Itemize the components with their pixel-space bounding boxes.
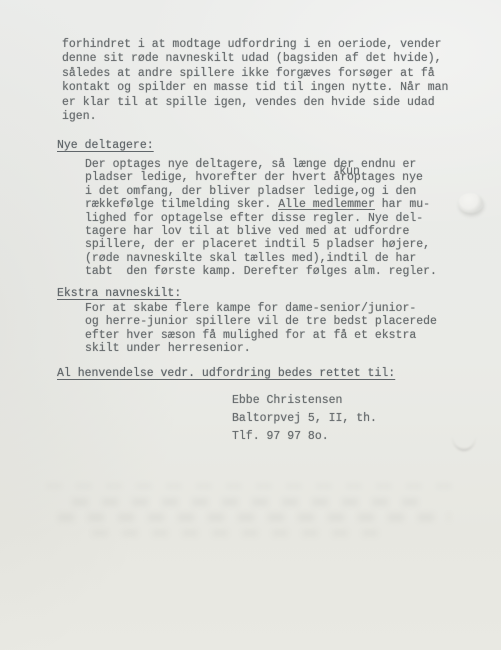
- text-line: spillere, der er placeret indtil 5 plads…: [85, 238, 437, 251]
- paper-droplet-mark-upper: [458, 193, 483, 213]
- text-line: rækkefølge tilmelding sker. Alle medlemm…: [85, 198, 437, 211]
- text-line: således at andre spillere ikke forgæves …: [62, 67, 448, 81]
- typed-insertion: kun: [339, 165, 360, 178]
- contact-block: Ebbe Christensen Baltorpvej 5, II, th. T…: [232, 392, 377, 447]
- paper-droplet-mark-lower: [452, 436, 476, 451]
- text-line: denne sit røde navneskilt udad (bagsiden…: [62, 52, 448, 66]
- bleedthrough-smudge: [72, 498, 432, 506]
- text-line: For at skabe flere kampe for dame-senior…: [85, 302, 437, 315]
- contact-address: Baltorpvej 5, II, th.: [232, 410, 377, 428]
- text-line: tabt den første kamp. Derefter følges al…: [85, 265, 437, 278]
- text-line: skilt under herresenior.: [85, 342, 437, 355]
- paragraph-extra-nameplate: For at skabe flere kampe for dame-senior…: [85, 302, 437, 356]
- section-heading-contact: Al henvendelse vedr. udfordring bedes re…: [57, 367, 395, 380]
- text-line: lighed for optagelse efter disse regler.…: [85, 212, 437, 225]
- paragraph-new-participants: Der optages nye deltagere, så længe der …: [85, 158, 437, 279]
- section-heading-new-participants: Nye deltagere:: [57, 139, 154, 152]
- text-line: og herre-junior spillere vil de tre beds…: [85, 315, 437, 328]
- bleedthrough-smudge: [58, 513, 450, 522]
- text-line: Der optages nye deltagere, så længe der …: [85, 158, 437, 171]
- scanned-page: forhindret i at modtage udfordring i en …: [0, 0, 501, 650]
- bleedthrough-smudge: [46, 483, 466, 489]
- text-line: pladser ledige, hvorefter der hvert årku…: [85, 171, 437, 184]
- text-line: (røde navneskilte skal tælles med),indti…: [85, 252, 437, 265]
- section-heading-extra-nameplate: Ekstra navneskilt:: [57, 287, 181, 300]
- contact-name: Ebbe Christensen: [232, 392, 377, 410]
- text-line: igen.: [62, 110, 448, 124]
- text-line: i det omfang, der bliver pladser ledige,…: [85, 185, 437, 198]
- bleedthrough-smudge: [92, 529, 392, 537]
- text-line: efter hver sæson få mulighed for at få e…: [85, 329, 437, 342]
- text-line: er klar til at spille igen, vendes den h…: [62, 96, 448, 110]
- text-line: forhindret i at modtage udfordring i en …: [62, 38, 448, 52]
- text-segment: pladser ledige, hvorefter der hvert år: [85, 171, 347, 184]
- contact-phone: Tlf. 97 97 8o.: [232, 428, 377, 446]
- intro-paragraph: forhindret i at modtage udfordring i en …: [62, 38, 448, 124]
- text-segment: har mu-: [375, 198, 430, 211]
- text-segment: rækkefølge tilmelding sker.: [85, 198, 278, 211]
- underlined-phrase: Alle medlemmer: [278, 198, 375, 211]
- text-line: kontakt og spilder en masse tid til inge…: [62, 81, 448, 95]
- text-line: tagere har lov til at blive ved med at u…: [85, 225, 437, 238]
